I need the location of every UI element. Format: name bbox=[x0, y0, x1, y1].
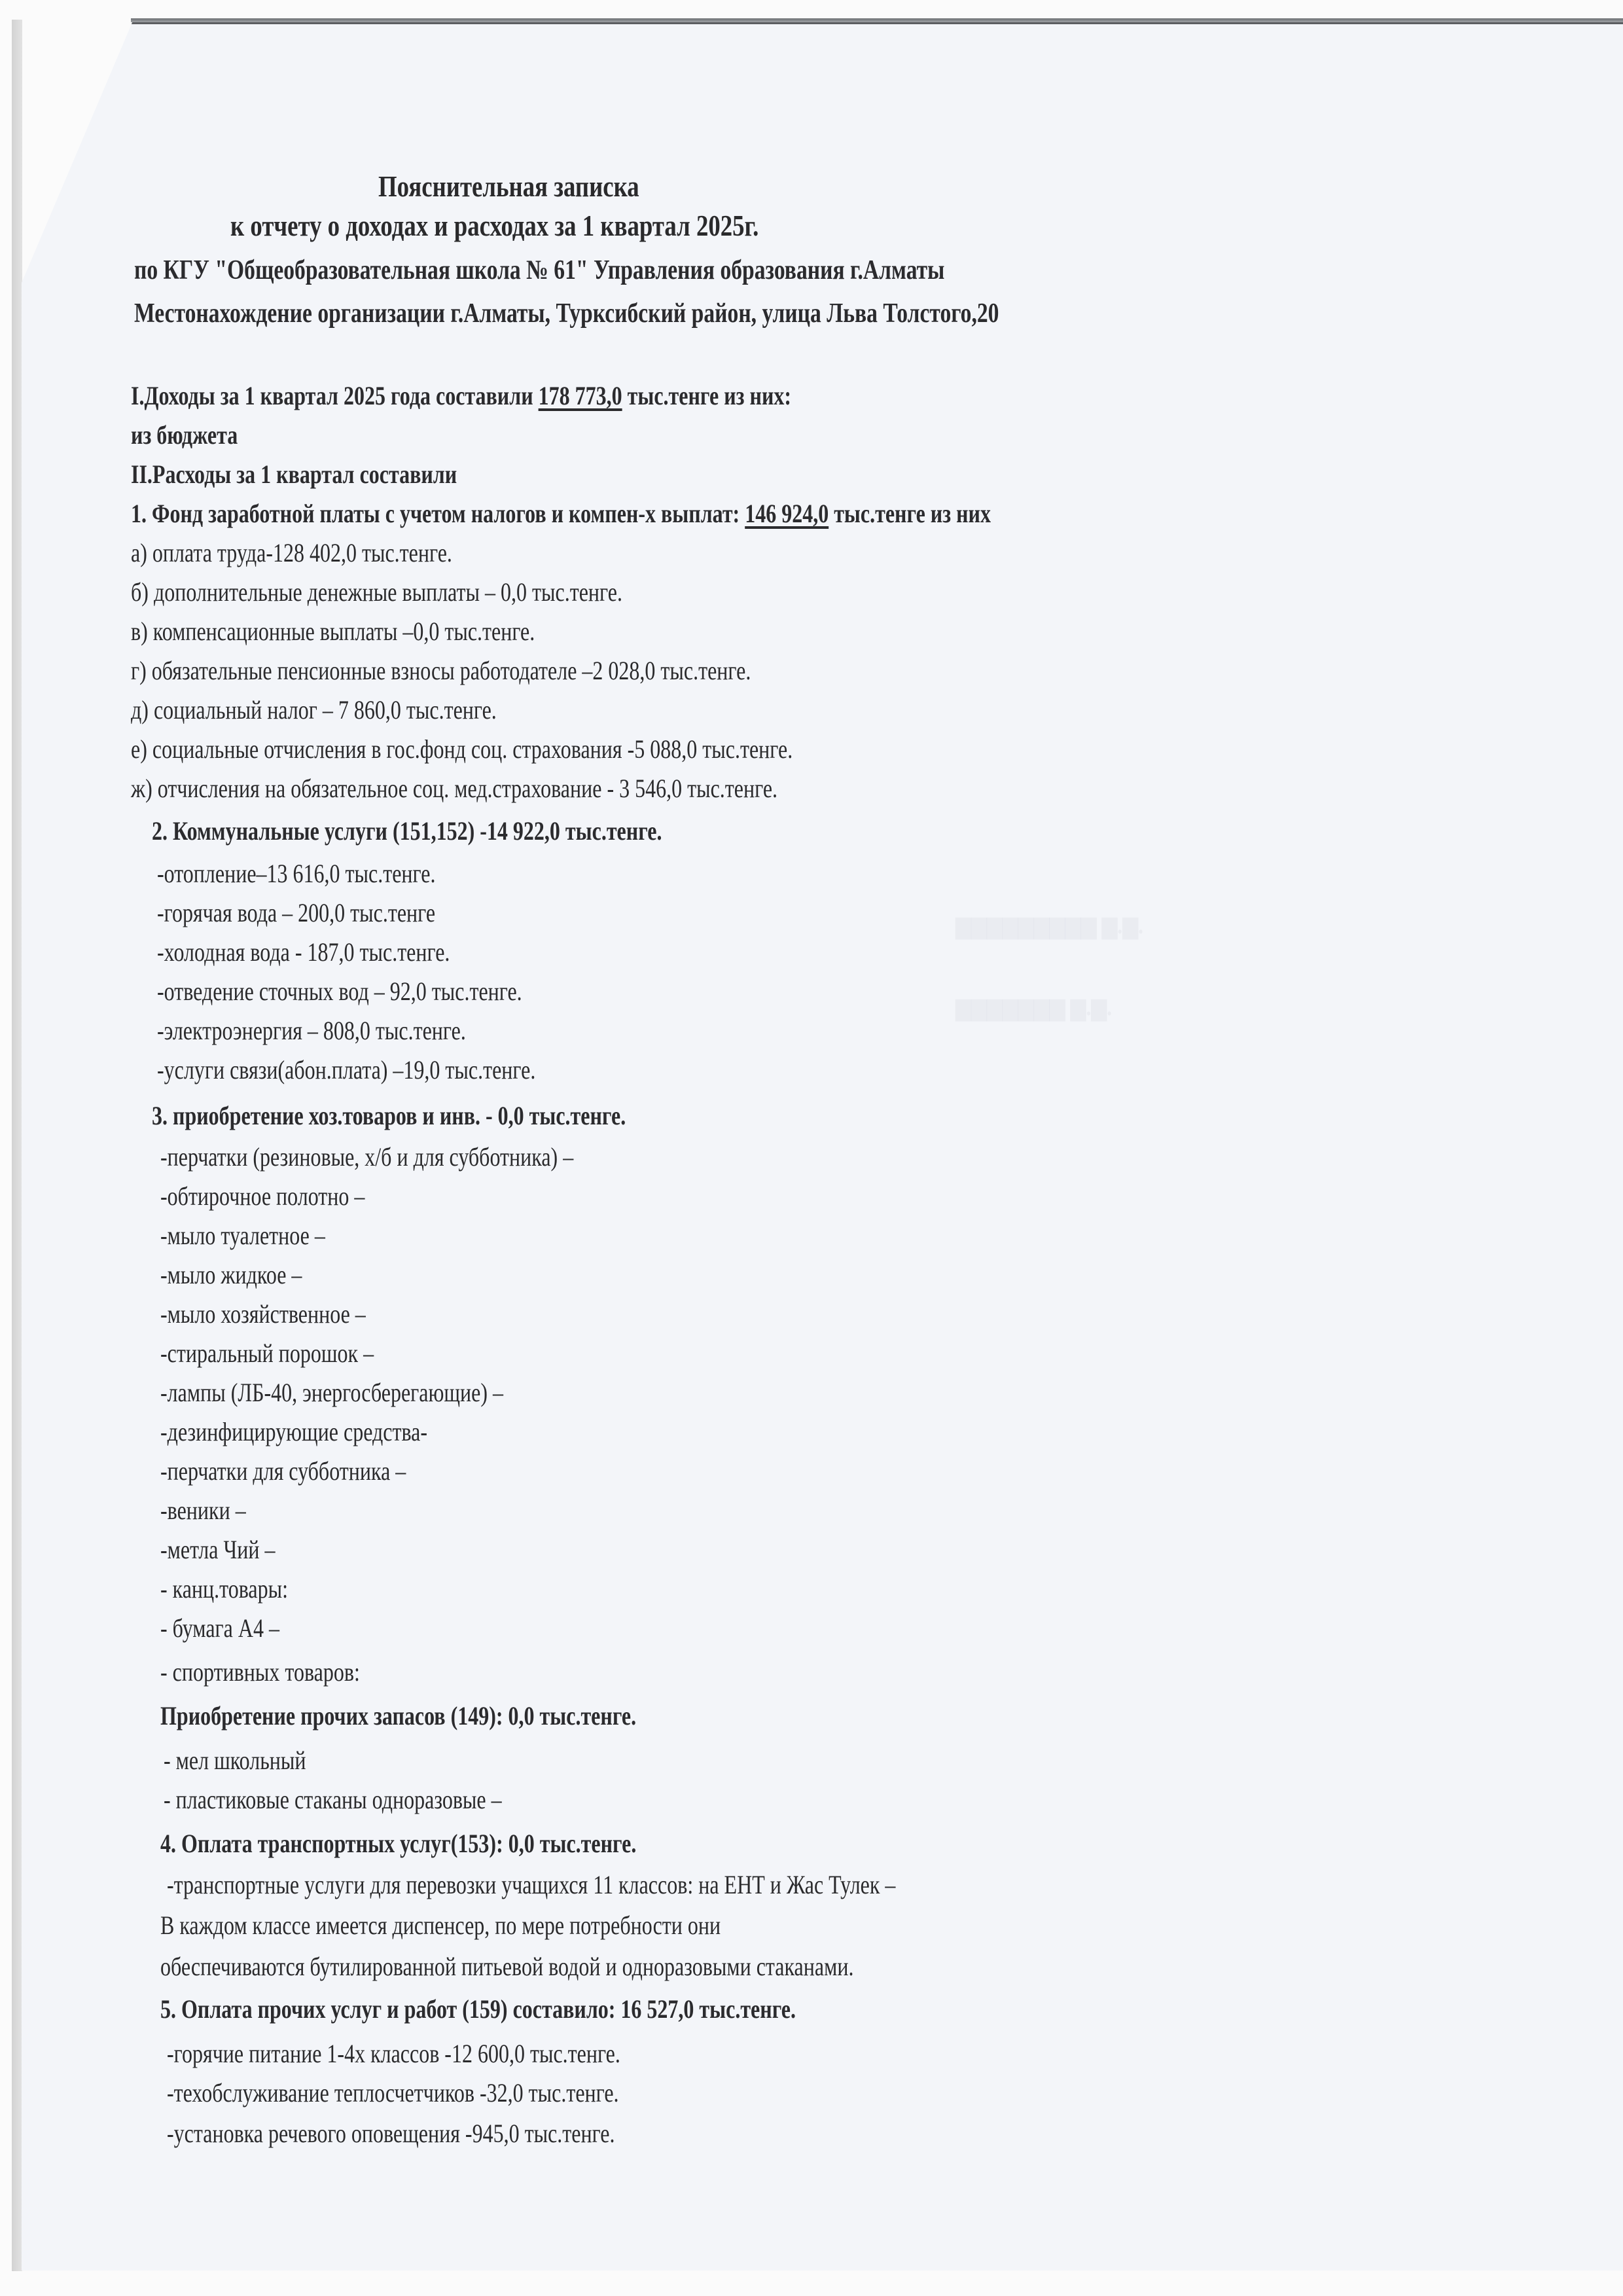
household-item: -мыло жидкое – bbox=[160, 1262, 302, 1288]
household-item: - спортивных товаров: bbox=[160, 1659, 360, 1685]
household-item: -веники – bbox=[160, 1498, 246, 1524]
household-item: -мыло туалетное – bbox=[160, 1223, 325, 1249]
payroll-item: а) оплата труда-128 402,0 тыс.тенге. bbox=[131, 540, 452, 566]
utilities-item: -электроэнергия – 808,0 тыс.тенге. bbox=[157, 1018, 466, 1044]
transport-note: обеспечиваются бутилированной питьевой в… bbox=[160, 1954, 853, 1980]
household-item: -стиральный порошок – bbox=[160, 1340, 374, 1367]
income-suffix: тыс.тенге из них: bbox=[622, 381, 791, 410]
location-line: Местонахождение организации г.Алматы, Ту… bbox=[134, 300, 999, 327]
page-top-edge bbox=[131, 18, 1623, 22]
household-item: - бумага А4 – bbox=[160, 1615, 279, 1641]
document-subtitle: к отчету о доходах и расходах за 1 кварт… bbox=[230, 211, 758, 241]
household-item: -дезинфицирующие средства- bbox=[160, 1419, 427, 1445]
household-item: -перчатки (резиновые, х/б и для субботни… bbox=[160, 1144, 573, 1170]
payroll-item: в) компенсационные выплаты –0,0 тыс.тенг… bbox=[131, 619, 535, 645]
show-through-artifact: ▆▆▆▆▆▆▆ ▆.▆. bbox=[955, 992, 1112, 1022]
income-prefix: I.Доходы за 1 квартал 2025 года составил… bbox=[131, 381, 539, 410]
other-services-item: -горячие питание 1-4х классов -12 600,0 … bbox=[167, 2041, 620, 2067]
other-supplies-item: - пластиковые стаканы одноразовые – bbox=[164, 1787, 502, 1813]
payroll-prefix: 1. Фонд заработной платы с учетом налого… bbox=[131, 499, 745, 528]
income-amount: 178 773,0 bbox=[539, 381, 622, 410]
household-heading: 3. приобретение хоз.товаров и инв. - 0,0… bbox=[152, 1103, 626, 1129]
utilities-item: -отопление–13 616,0 тыс.тенге. bbox=[157, 861, 435, 887]
payroll-item: г) обязательные пенсионные взносы работо… bbox=[131, 658, 751, 684]
other-supplies-heading: Приобретение прочих запасов (149): 0,0 т… bbox=[160, 1703, 636, 1729]
payroll-suffix: тыс.тенге из них bbox=[829, 499, 991, 528]
household-item: -лампы (ЛБ-40, энергосберегающие) – bbox=[160, 1380, 503, 1406]
household-item: -перчатки для субботника – bbox=[160, 1458, 406, 1484]
other-services-item: -техобслуживание теплосчетчиков -32,0 ты… bbox=[167, 2080, 619, 2106]
utilities-item: -горячая вода – 200,0 тыс.тенге bbox=[157, 900, 435, 926]
utilities-item: -услуги связи(абон.плата) –19,0 тыс.тенг… bbox=[157, 1057, 535, 1083]
utilities-heading: 2. Коммунальные услуги (151,152) -14 922… bbox=[152, 818, 662, 844]
utilities-item: -отведение сточных вод – 92,0 тыс.тенге. bbox=[157, 978, 522, 1005]
scanner-background-strip bbox=[12, 20, 22, 2271]
payroll-item: е) социальные отчисления в гос.фонд соц.… bbox=[131, 736, 793, 762]
payroll-amount: 146 924,0 bbox=[745, 499, 829, 528]
show-through-artifact: ▆▆▆▆▆▆▆▆▆ ▆.▆. bbox=[955, 910, 1143, 940]
document-title: Пояснительная записка bbox=[378, 171, 639, 202]
utilities-item: -холодная вода - 187,0 тыс.тенге. bbox=[157, 939, 450, 965]
other-supplies-item: - мел школьный bbox=[164, 1748, 306, 1774]
other-services-item: -установка речевого оповещения -945,0 ты… bbox=[167, 2121, 615, 2147]
payroll-item: д) социальный налог – 7 860,0 тыс.тенге. bbox=[131, 697, 497, 723]
payroll-item: ж) отчисления на обязательное соц. мед.с… bbox=[131, 776, 777, 802]
household-item: -мыло хозяйственное – bbox=[160, 1301, 366, 1327]
payroll-item: б) дополнительные денежные выплаты – 0,0… bbox=[131, 579, 622, 605]
transport-heading: 4. Оплата транспортных услуг(153): 0,0 т… bbox=[160, 1831, 636, 1857]
expenses-heading: II.Расходы за 1 квартал составили bbox=[131, 461, 457, 488]
payroll-heading: 1. Фонд заработной платы с учетом налого… bbox=[131, 501, 991, 527]
other-services-heading: 5. Оплата прочих услуг и работ (159) сос… bbox=[160, 1996, 796, 2022]
organization-line: по КГУ "Общеобразовательная школа № 61" … bbox=[134, 257, 944, 284]
household-item: -обтирочное полотно – bbox=[160, 1183, 365, 1210]
transport-note: В каждом классе имеется диспенсер, по ме… bbox=[160, 1912, 721, 1939]
income-source: из бюджета bbox=[131, 422, 238, 448]
income-summary: I.Доходы за 1 квартал 2025 года составил… bbox=[131, 383, 791, 409]
household-item: - канц.товары: bbox=[160, 1576, 288, 1602]
household-item: -метла Чий – bbox=[160, 1537, 276, 1563]
transport-item: -транспортные услуги для перевозки учащи… bbox=[167, 1872, 895, 1898]
